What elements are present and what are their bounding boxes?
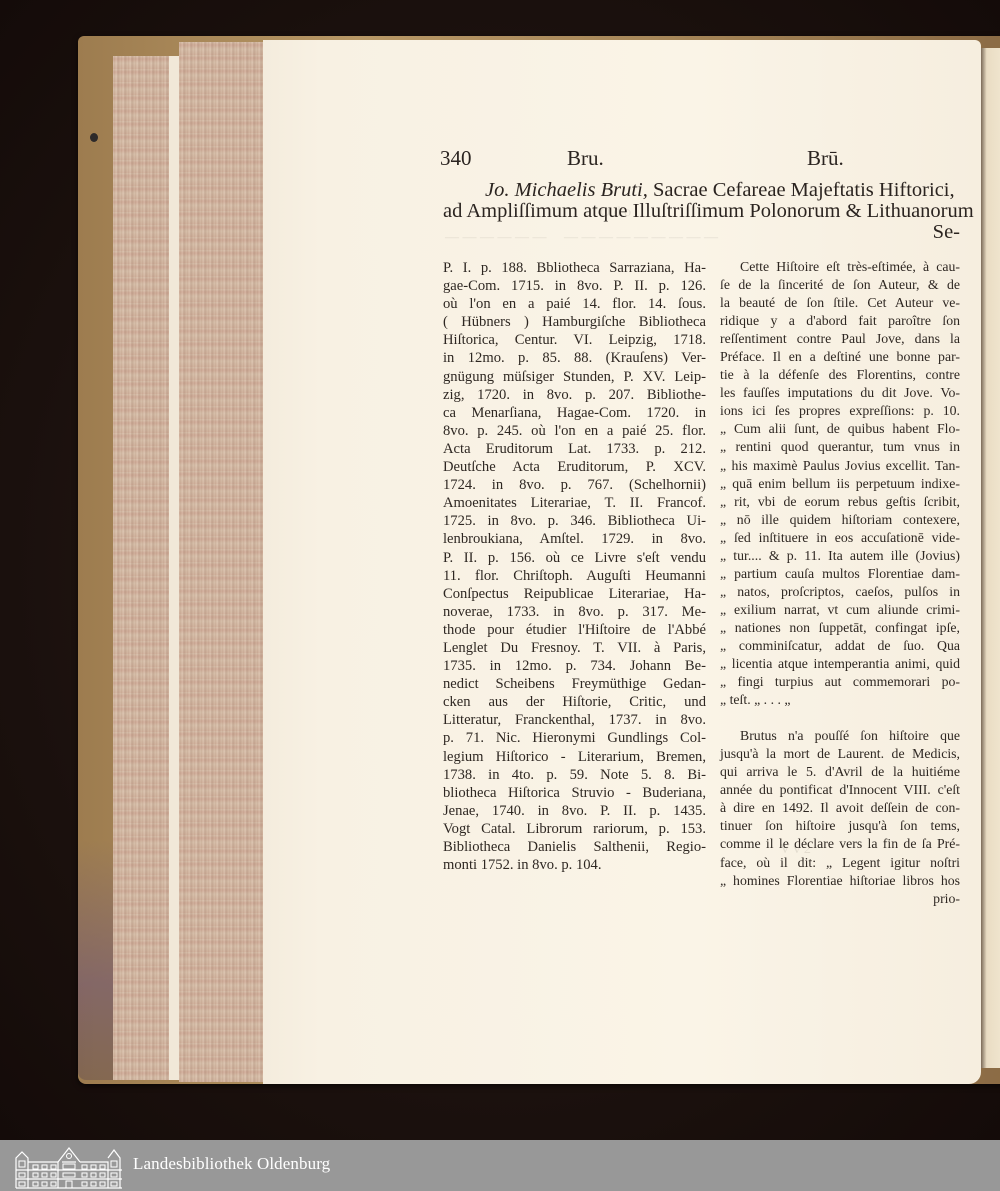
facing-page-edge [981,48,1000,1068]
text-line: où l'on en a paié 14. flor. 14. ſous. [443,295,706,313]
text-line: „ tur.... & p. 11. Ita autem ille (Joviu… [720,547,960,565]
running-head: 340 Bru. Brū. [440,146,970,172]
text-line: ions ici ſes propres expreſſions: p. 10. [720,402,960,420]
title-line-1-rest: Sacrae Cefareae Majeftatis Hiftorici, [648,179,955,201]
text-line: tinuer ſon hiſtoire jusqu'à ſon tems, [720,817,960,835]
text-line: ca Menarſiana, Hagae-Com. 1720. in [443,404,706,422]
text-line: „ ſed inſtituere in eos accuſationē vide… [720,529,960,547]
running-head-right: Brū. [807,146,844,171]
text-line: Acta Eruditorum Lat. 1733. p. 212. [443,440,706,458]
text-line: gnügung müſsiger Stunden, P. XV. Leip- [443,368,706,386]
title-line-3: Se- [443,222,960,243]
text-line: „ Cum alii ſunt, de quibus habent Flo- [720,420,960,438]
text-line: qui arriva le 5. d'Avril de la huitiéme [720,763,960,781]
text-line: Conſpectus Reipublicae Literariae, Ha- [443,585,706,603]
text-line: à dire en 1492. Il avoit deſſein de con- [720,799,960,817]
page-number: 340 [440,146,472,171]
entry-title: Jo. Michaelis Bruti, Sacrae Cefareae Maj… [443,180,960,243]
right-column: Cette Hiſtoire eſt très-eſtimée, à cau- … [720,258,960,908]
text-line: Bibliotheca Danielis Salthenii, Regio- [443,838,706,856]
text-line: „ licentia atque intemperantia animi, qu… [720,655,960,673]
text-line: lenbroukiana, Amſtel. 1729. in 8vo. [443,530,706,548]
text-line: face, où il dit: „ Legent igitur noſtri [720,854,960,872]
text-line: zig, 1720. in 8vo. p. 207. Bibliothe- [443,386,706,404]
text-line: „ partium cauſa multos Florentiae dam- [720,565,960,583]
text-line: P. II. p. 156. où ce Livre s'eſt vendu [443,549,706,567]
text-line: noverae, 1733. in 8vo. p. 317. Me- [443,603,706,621]
text-line: „ comminiſcatur, addat de ſuo. Qua [720,637,960,655]
left-column: P. I. p. 188. Bbliotheca Sarraziana, Ha-… [443,259,706,874]
text-line: ridique y a d'abord fait paroître ſon [720,312,960,330]
footer-bar: Landesbibliothek Oldenburg [0,1140,1000,1191]
text-line: „ fingi turpius aut commemorari po- [720,673,960,691]
text-line: Hiſtorica, Centur. VI. Leipzig, 1718. [443,331,706,349]
page-edges-gap [169,56,179,1080]
text-line: p. 71. Nic. Hieronymi Gundlings Col- [443,729,706,747]
institution-name: Landesbibliothek Oldenburg [133,1154,330,1174]
text-line: Deutſche Acta Eruditorum, P. XCV. [443,458,706,476]
text-line: „ nationes non ſuppetāt, confingat ipſe, [720,619,960,637]
text-line: thode pour étudier l'Hiſtoire de l'Abbé [443,621,706,639]
text-line: 1724. in 8vo. p. 767. (Schelhornii) [443,476,706,494]
running-head-left: Bru. [567,146,604,171]
text-line: gae-Com. 1715. in 8vo. P. II. p. 126. [443,277,706,295]
title-line-2: ad Ampliſſimum atque Illuſtriſſimum Polo… [443,201,960,222]
text-line: „ exilium narrat, vt cum aliunde crimi- [720,601,960,619]
text-line: les fauſſes imputations du dit Jove. Vo- [720,384,960,402]
text-line: cken aus der Hiſtorie, Critic, und [443,693,706,711]
text-line: la beauté de ſon ſtile. Cet Auteur ve- [720,294,960,312]
text-line: jusqu'à la mort de Laurent. de Medicis, [720,745,960,763]
text-line: P. I. p. 188. Bbliotheca Sarraziana, Ha- [443,259,706,277]
text-line: „ homines Florentiae hiſtoriae libros ho… [720,872,960,890]
text-line: Jenae, 1740. in 8vo. P. II. p. 1435. [443,802,706,820]
text-line: 1735. in 12mo. p. 734. Johann Be- [443,657,706,675]
text-line: 8vo. p. 245. où l'on en a paié 25. flor. [443,422,706,440]
title-line-1: Jo. Michaelis Bruti, Sacrae Cefareae Maj… [443,180,960,201]
text-line: „ rentini quod querantur, tum vnus in [720,438,960,456]
text-line: 1738. in 4to. p. 59. Note 5. 8. Bi- [443,766,706,784]
text-line: „ nō ille quidem hiſtoriam contexere, [720,511,960,529]
catchword: prio- [720,890,960,908]
text-line: reſſentiment contre Paul Jove, dans la [720,330,960,348]
page-edges-left [113,56,169,1080]
page-edges-right [179,42,263,1082]
text-line: Litteratur, Franckenthal, 1737. in 8vo. [443,711,706,729]
text-line: „ natos, proſcriptos, caeſos, pulſos in [720,583,960,601]
text-line: nedict Scheibens Freymüthige Gedan- [443,675,706,693]
paragraph-gap [720,709,960,727]
text-line: Amoenitates Literariae, T. II. Francof. [443,494,706,512]
text-line: Brutus n'a pouſſé ſon hiſtoire que [720,727,960,745]
text-line: ( Hübners ) Hamburgiſche Bibliotheca [443,313,706,331]
text-line: ſe de la ſincerité de ſon Auteur, & de [720,276,960,294]
text-line: tie à la défenſe des Florentins, contre [720,366,960,384]
text-line: bliotheca Hiſtorica Struvio - Buderiana, [443,784,706,802]
text-line: „ his maximè Paulus Jovius excellit. Tan… [720,457,960,475]
text-line: legium Hiſtorico - Literarium, Bremen, [443,748,706,766]
text-line: comme il le déclare vers la fin de ſa Pr… [720,835,960,853]
text-line: 11. flor. Chriſtoph. Auguſti Heumanni [443,567,706,585]
text-line: monti 1752. in 8vo. p. 104. [443,856,706,874]
text-line: Cette Hiſtoire eſt très-eſtimée, à cau- [720,258,960,276]
text-line: 1725. in 8vo. p. 346. Bibliotheca Ui- [443,512,706,530]
text-line: in 12mo. p. 85. 88. (Krauſens) Ver- [443,349,706,367]
text-line: „ quā enim bellum iis perpetuum indixe- [720,475,960,493]
author-name: Jo. Michaelis Bruti, [485,179,648,201]
text-line: „ teſt. „ . . . „ [720,691,960,709]
text-line: année du pontificat d'Innocent VIII. c'e… [720,781,960,799]
text-line: Vogt Catal. Librorum rariorum, p. 153. [443,820,706,838]
text-line: „ rit, vbi de eorum rebus geſtis ſcribit… [720,493,960,511]
text-line: Lenglet Du Fresnoy. T. VII. à Paris, [443,639,706,657]
library-building-icon [14,1142,124,1190]
cover-nail [90,133,98,142]
text-line: Préface. Il en a deſtiné une bonne par- [720,348,960,366]
